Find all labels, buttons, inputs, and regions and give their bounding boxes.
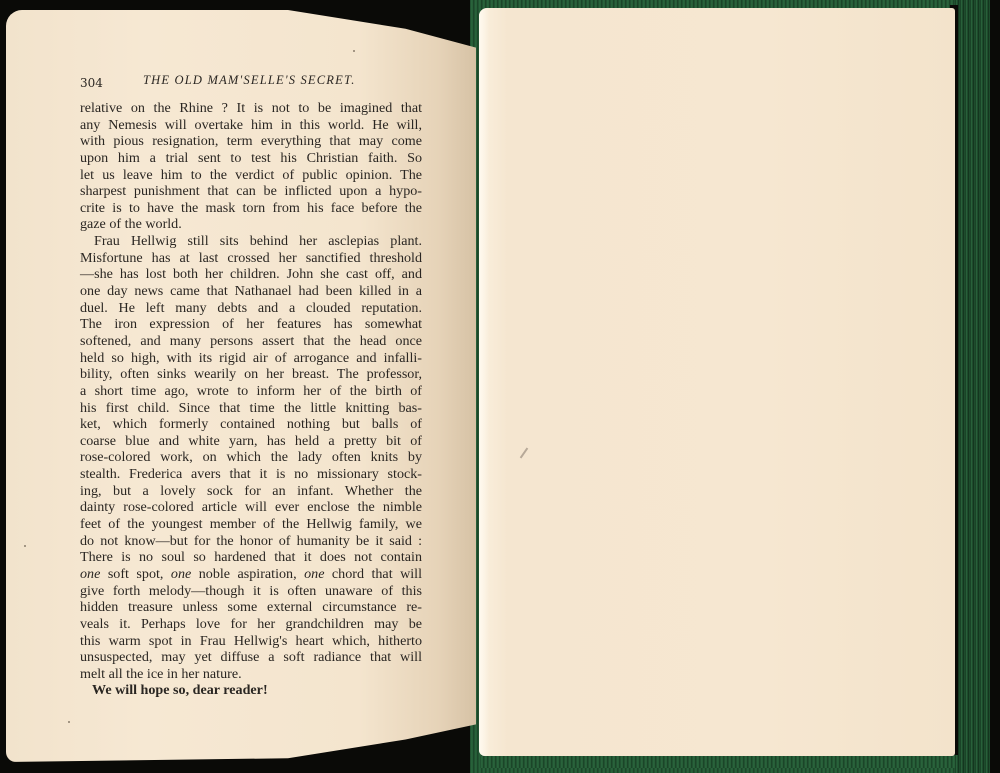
text-line: with pious resignation, term everything …	[80, 133, 422, 150]
italic-word: one	[80, 566, 100, 582]
running-title: THE OLD MAM'SELLE'S SECRET.	[143, 73, 356, 88]
text-line: duel. He left many debts and a clouded r…	[80, 300, 422, 317]
text-line: stealth. Frederica avers that it is no m…	[80, 466, 422, 483]
paper-speck	[68, 721, 70, 723]
text-line-emphasis: one soft spot, one noble aspiration, one…	[80, 566, 422, 583]
text-line: give forth melody—though it is often una…	[80, 583, 422, 600]
text-line: one day news came that Nathanael had bee…	[80, 283, 422, 300]
text-line: relative on the Rhine ? It is not to be …	[80, 100, 422, 117]
text-line: a short time ago, wrote to inform her of…	[80, 383, 422, 400]
cover-bottom-edge	[480, 756, 980, 768]
text-line: do not know—but for the honor of humanit…	[80, 533, 422, 550]
text-line: sharpest punishment that can be inflicte…	[80, 183, 422, 200]
paper-speck	[24, 545, 26, 547]
text-line: ket, which formerly contained nothing bu…	[80, 416, 422, 433]
text-line: hidden treasure unless some external cir…	[80, 599, 422, 616]
cover-spine-edge	[955, 0, 990, 773]
text-line: this warm spot in Frau Hellwig's heart w…	[80, 633, 422, 650]
text-line: gaze of the world.	[80, 216, 422, 233]
text-line: melt all the ice in her nature.	[80, 666, 422, 683]
text-line: any Nemesis will overtake him in this wo…	[80, 117, 422, 134]
text-line: veals it. Perhaps love for her grandchil…	[80, 616, 422, 633]
page-body-text: relative on the Rhine ? It is not to be …	[80, 100, 422, 699]
page-number: 304	[80, 76, 103, 90]
text-line: bility, often sinks wearily on her breas…	[80, 366, 422, 383]
text-line: Misfortune has at last crossed her sanct…	[80, 250, 422, 267]
text-line: The iron expression of her features has …	[80, 316, 422, 333]
text-line: ing, but a lovely sock for an infant. Wh…	[80, 483, 422, 500]
text-line: dainty rose-colored article will ever en…	[80, 499, 422, 516]
paper-speck	[353, 50, 355, 52]
italic-word: one	[304, 566, 324, 582]
text-line: crite is to have the mask torn from his …	[80, 200, 422, 217]
book-spread: 304 THE OLD MAM'SELLE'S SECRET. relative…	[0, 0, 1000, 773]
text-line: unsuspected, may yet diffuse a soft radi…	[80, 649, 422, 666]
text-line: rose-colored work, on which the lady oft…	[80, 449, 422, 466]
text-line: coarse blue and white yarn, has held a p…	[80, 433, 422, 450]
text-line: let us leave him to the verdict of publi…	[80, 167, 422, 184]
text-line: —she has lost both her children. John sh…	[80, 266, 422, 283]
text-fragment: noble aspiration,	[191, 566, 304, 582]
text-line: feet of the youngest member of the Hellw…	[80, 516, 422, 533]
text-line: held so high, with its rigid air of arro…	[80, 350, 422, 367]
text-line-paragraph-start: Frau Hellwig still sits behind her ascle…	[80, 233, 422, 250]
running-head: 304 THE OLD MAM'SELLE'S SECRET.	[80, 73, 440, 93]
text-line: There is no soul so hardened that it doe…	[80, 549, 422, 566]
text-fragment: soft spot,	[100, 566, 171, 582]
italic-word: one	[171, 566, 191, 582]
right-page-gutter-highlight	[479, 8, 489, 756]
closing-line: We will hope so, dear reader!	[80, 682, 422, 699]
text-line: upon him a trial sent to test his Christ…	[80, 150, 422, 167]
right-page-blank	[479, 8, 955, 756]
cover-top-edge	[470, 0, 950, 8]
text-line: his first child. Since that time the lit…	[80, 400, 422, 417]
text-line: softened, and many persons assert that t…	[80, 333, 422, 350]
text-fragment: chord that will	[324, 566, 422, 582]
